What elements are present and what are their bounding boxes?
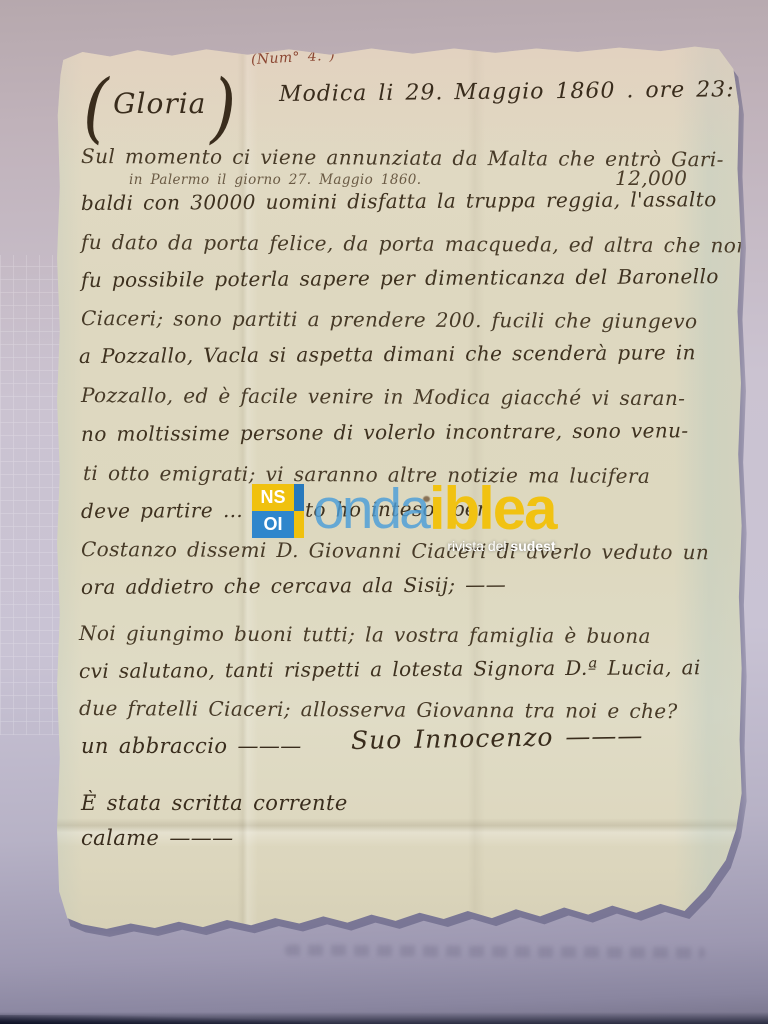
gloria-paren-close: ): [210, 74, 236, 143]
photo-bottom-left-shadow: [0, 1015, 310, 1024]
closing-phrase: un abbraccio ———: [81, 734, 302, 758]
letter-line: Pozzallo, ed è facile venire in Modica g…: [81, 383, 685, 410]
badge-oi: OI: [252, 511, 294, 538]
letter-line: baldi con 30000 uomini disfatta la trupp…: [81, 187, 717, 215]
postscript-line: È stata scritta corrente: [81, 791, 348, 815]
gloria-annotation: ( Gloria ): [83, 66, 237, 150]
ondaiblea-logo: NS OI onda iblea rivista del sudest: [252, 481, 556, 538]
badge-yellow-stripe: [294, 511, 304, 538]
wordmark-onda: onda: [313, 481, 428, 537]
letter-line: no moltissime persone di volerlo incontr…: [81, 418, 689, 446]
interline-insertion: in Palermo il giorno 27. Maggio 1860.: [129, 172, 422, 188]
dateline: Modica li 29. Maggio 1860 . ore 23:: [279, 77, 735, 107]
letter-line: a Pozzallo, Vacla si aspetta dimani che …: [79, 340, 696, 368]
logo-badge: NS OI: [252, 484, 304, 538]
letter-line: Ciaceri; sono partiti a prendere 200. fu…: [81, 306, 698, 333]
signature: Suo Innocenzo ———: [351, 721, 644, 755]
letter-line: fu possibile poterla sapere per dimentic…: [81, 264, 719, 292]
gloria-paren-open: (: [83, 74, 109, 143]
number-annotation: (Num° 4.°): [251, 48, 336, 68]
letter-line: cvi salutano, tanti rispetti a lotesta S…: [79, 655, 701, 683]
logo-tagline: rivista del sudest: [447, 538, 555, 554]
postscript-line: calame ———: [81, 826, 234, 850]
badge-ns: NS: [252, 484, 294, 511]
gloria-word: Gloria: [113, 87, 206, 130]
letter-line: due fratelli Ciaceri; allosserva Giovann…: [79, 696, 678, 723]
letter-line: ora addietro che cercava ala Sisij; ——: [81, 572, 506, 599]
letter-line: Noi giungimo buoni tutti; la vostra fami…: [79, 621, 651, 648]
wordmark-iblea: iblea: [429, 481, 556, 537]
letter-line: fu dato da porta felice, da porta macque…: [81, 230, 750, 258]
logo-wordmark: onda iblea rivista del sudest: [313, 481, 556, 537]
photo-of-letter: ( Gloria ) (Num° 4.°) Modica li 29. Magg…: [0, 0, 768, 1024]
badge-blue-stripe: [294, 484, 304, 511]
letter-line: Costanzo dissemi D. Giovanni Ciaceri di …: [81, 537, 709, 564]
tagline-regular: rivista del: [447, 538, 510, 554]
background-grid-texture: [0, 255, 60, 735]
tagline-bold: sudest: [510, 538, 555, 554]
bleed-through-text: [285, 945, 705, 959]
